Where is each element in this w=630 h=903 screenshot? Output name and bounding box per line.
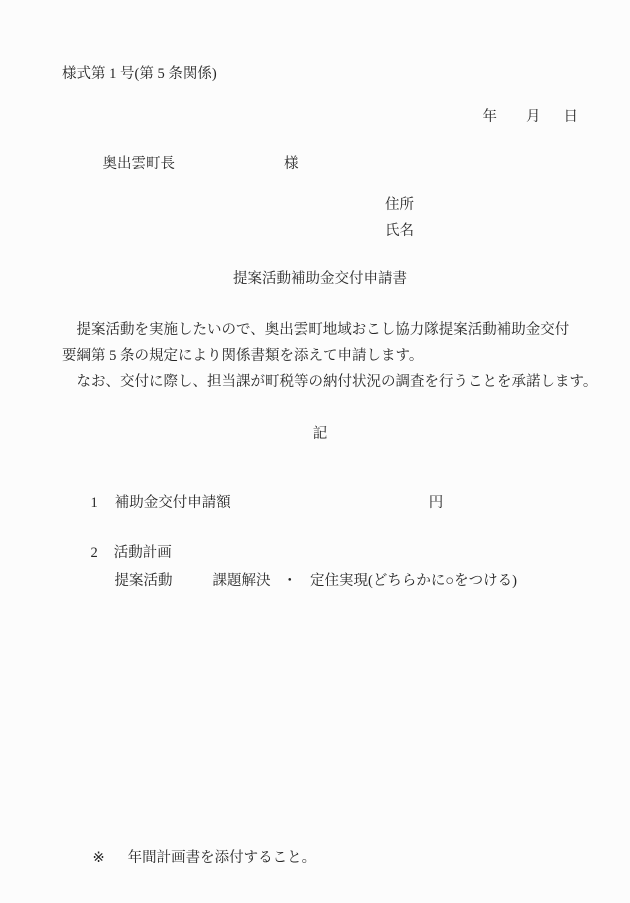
footnote-marker: ※ (93, 850, 105, 866)
body-paragraph-line: 要綱第 5 条の規定により関係書類を添えて申請します。 (62, 348, 423, 365)
plan-option-2: 定住実現 (310, 573, 368, 589)
plan-option-1: 課題解決 (213, 573, 271, 589)
record-heading: 記 (62, 426, 578, 443)
address-label: 住所 (385, 197, 414, 214)
item-number: 1 (91, 495, 98, 511)
body-paragraph-line: 提案活動を実施したいので、奥出雲町地域おこし協力隊提案活動補助金交付 (62, 322, 569, 339)
plan-option-separator: ・ (283, 573, 298, 589)
footnote: ※年間計画書を添付すること。 (78, 833, 316, 883)
record-item-plan-options: 提案活動課題解決・定住実現(どちらかに○をつける) (100, 556, 517, 606)
item-number: 2 (91, 545, 98, 561)
form-number: 様式第 1 号(第 5 条関係) (62, 66, 217, 83)
item-unit: 円 (429, 495, 444, 511)
plan-circle-instruction: (どちらかに○をつける) (368, 573, 517, 589)
addressee-honorific: 様 (284, 156, 299, 172)
footnote-text: 年間計画書を添付すること。 (128, 850, 317, 866)
application-form-page: 様式第 1 号(第 5 条関係) 年月日 奥出雲町長様 住所 氏名 提案活動補助… (0, 0, 630, 903)
date-line: 年月日 (468, 92, 578, 142)
document-title: 提案活動補助金交付申請書 (62, 271, 578, 288)
date-month-label: 月 (526, 109, 541, 125)
item-label: 補助金交付申請額 (115, 495, 231, 511)
name-label: 氏名 (385, 223, 414, 240)
addressee-name: 奥出雲町長 (103, 156, 176, 172)
body-paragraph-line: なお、交付に際し、担当課が町税等の納付状況の調査を行うことを承諾します。 (62, 374, 597, 391)
addressee-line: 奥出雲町長様 (88, 139, 299, 189)
record-item-amount: 1補助金交付申請額円 (76, 478, 443, 528)
date-day-label: 日 (564, 109, 579, 125)
plan-sub-label: 提案活動 (115, 573, 173, 589)
date-year-label: 年 (483, 109, 498, 125)
